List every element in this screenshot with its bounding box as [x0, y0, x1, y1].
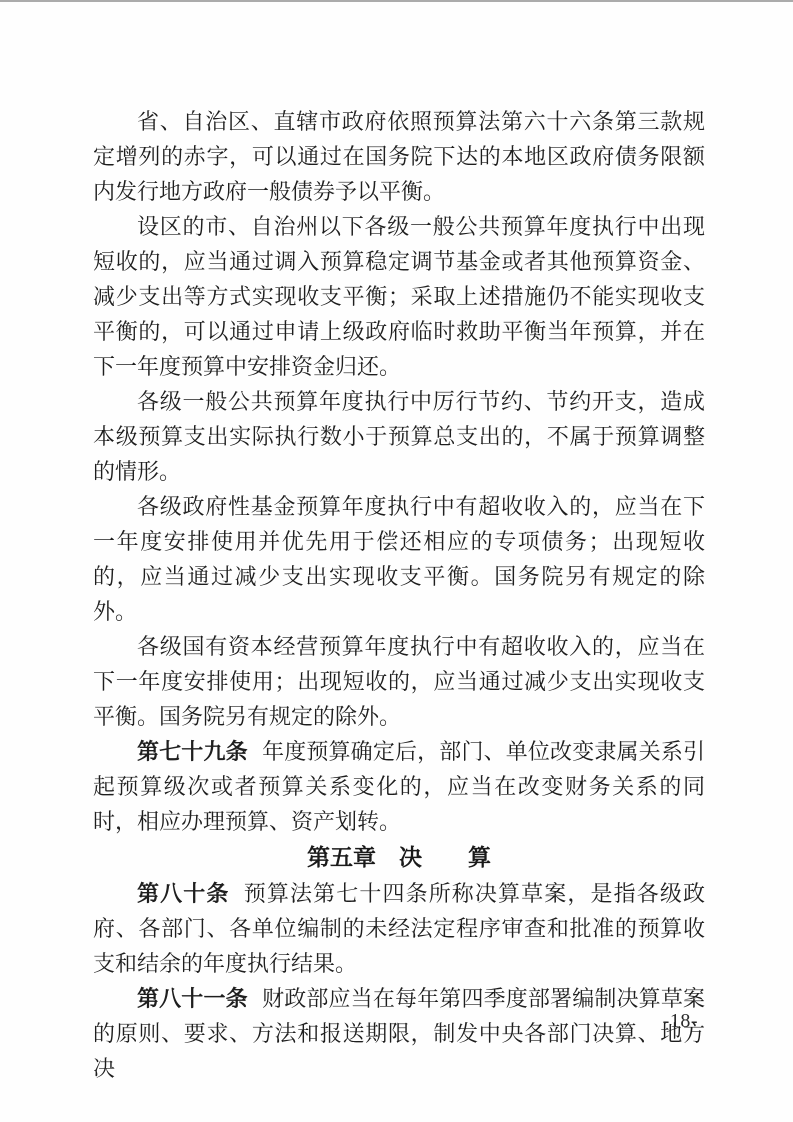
- paragraph: 各级国有资本经营预算年度执行中有超收收入的，应当在下一年度安排使用；出现短收的，…: [93, 629, 705, 734]
- paragraph-text: 省、自治区、直辖市政府依照预算法第六十六条第三款规定增列的赤字，可以通过在国务院…: [93, 109, 705, 204]
- paragraph-text: 各级一般公共预算年度执行中厉行节约、节约开支，造成本级预算支出实际执行数小于预算…: [93, 389, 705, 484]
- article-number: 第七十九条: [137, 739, 248, 764]
- paragraph-text: 各级政府性基金预算年度执行中有超收收入的，应当在下一年度安排使用并优先用于偿还相…: [93, 494, 705, 624]
- article-number: 第八十一条: [137, 986, 248, 1011]
- document-page: 省、自治区、直辖市政府依照预算法第六十六条第三款规定增列的赤字，可以通过在国务院…: [0, 0, 793, 1122]
- paragraph-text: 各级国有资本经营预算年度执行中有超收收入的，应当在下一年度安排使用；出现短收的，…: [93, 634, 705, 729]
- document-body: 省、自治区、直辖市政府依照预算法第六十六条第三款规定增列的赤字，可以通过在国务院…: [93, 104, 705, 1086]
- page-number: -18-: [663, 1008, 698, 1034]
- chapter-heading: 第五章 决 算: [93, 840, 705, 875]
- paragraph: 省、自治区、直辖市政府依照预算法第六十六条第三款规定增列的赤字，可以通过在国务院…: [93, 104, 705, 209]
- article-paragraph: 第八十条预算法第七十四条所称决算草案，是指各级政府、各部门、各单位编制的未经法定…: [93, 876, 705, 981]
- paragraph: 各级政府性基金预算年度执行中有超收收入的，应当在下一年度安排使用并优先用于偿还相…: [93, 489, 705, 629]
- article-number: 第八十条: [137, 881, 229, 906]
- article-paragraph: 第八十一条财政部应当在每年第四季度部署编制决算草案的原则、要求、方法和报送期限，…: [93, 981, 705, 1086]
- paragraph-text: 设区的市、自治州以下各级一般公共预算年度执行中出现短收的，应当通过调入预算稳定调…: [93, 214, 705, 379]
- article-paragraph: 第七十九条年度预算确定后，部门、单位改变隶属关系引起预算级次或者预算关系变化的，…: [93, 734, 705, 839]
- paragraph: 各级一般公共预算年度执行中厉行节约、节约开支，造成本级预算支出实际执行数小于预算…: [93, 384, 705, 489]
- scan-edge-artifact: [0, 0, 793, 2]
- paragraph: 设区的市、自治州以下各级一般公共预算年度执行中出现短收的，应当通过调入预算稳定调…: [93, 209, 705, 384]
